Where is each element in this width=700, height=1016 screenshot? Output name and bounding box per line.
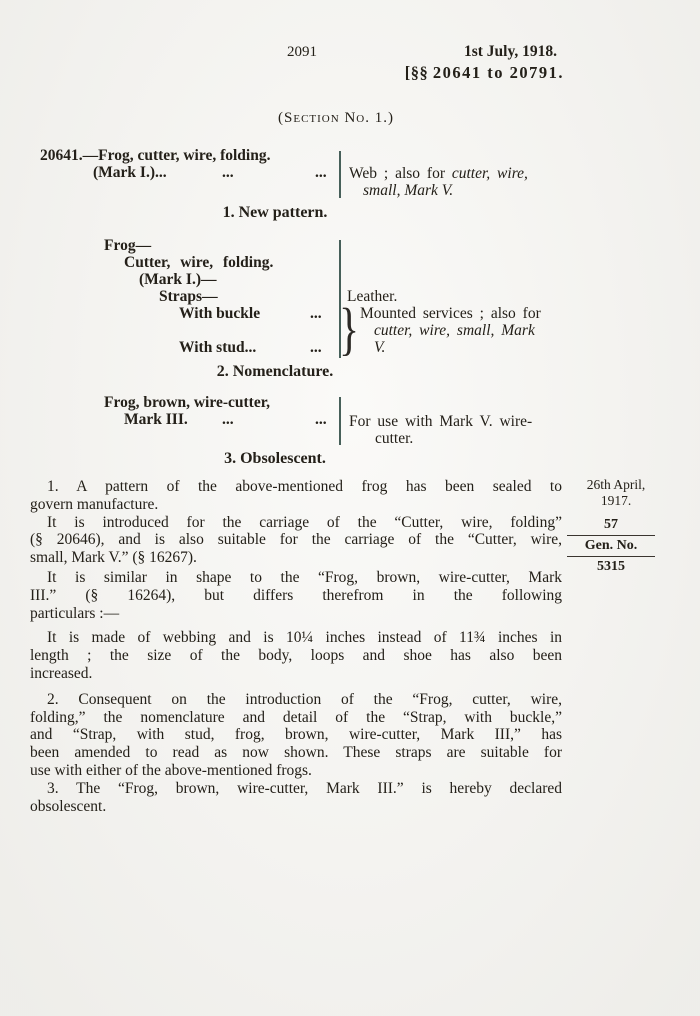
para-line: 1. A pattern of the above-mentioned frog…	[30, 478, 562, 496]
entry2-desc-line2: cutter.	[375, 430, 413, 447]
leader-dots: ...	[222, 164, 234, 181]
leader-dots: ...	[310, 305, 322, 322]
para-line: It is introduced for the carriage of the…	[30, 514, 562, 532]
entry1-desc-line2: small, Mark V.	[363, 182, 453, 199]
gen-no-label: Gen. No.	[567, 538, 655, 557]
section-heading: (Section No. 1.)	[0, 110, 672, 127]
para-line: small, Mark V.” (§ 16267).	[30, 549, 562, 567]
margin-note-sealed-date: 26th April, 1917.	[565, 477, 667, 508]
para-line: folding,” the nomenclature and detail of…	[30, 709, 562, 727]
document-page: 2091 1st July, 1918. [§§ 20641 to 20791.…	[0, 0, 700, 1016]
margin-note-line: 26th April,	[565, 477, 667, 493]
heading-nomenclature: 2. Nomenclature.	[30, 363, 520, 381]
paragraph-1: 1. A pattern of the above-mentioned frog…	[30, 478, 562, 514]
brace-desc-line3: V.	[374, 339, 385, 356]
gen-no-value: 5315	[567, 559, 655, 575]
column-divider-rule	[339, 151, 341, 198]
para-line: been amended to read as now shown. These…	[30, 744, 562, 762]
right-brace-glyph: }	[339, 301, 359, 356]
para-line: use with either of the above-mentioned f…	[30, 762, 562, 780]
entry2-title-line2: Mark III.	[124, 411, 188, 428]
body-text: 1. A pattern of the above-mentioned frog…	[30, 478, 562, 815]
paragraph-3: It is similar in shape to the “Frog, bro…	[30, 569, 562, 622]
brace-desc-line1: Mounted services ; also for	[360, 305, 541, 322]
gen-no-list-number: 57	[567, 517, 655, 536]
section-range-prefix: [§§	[405, 63, 433, 82]
frog-item: Cutter, wire, folding.	[124, 254, 273, 271]
entry2-desc-line1: For use with Mark V. wire-	[349, 413, 532, 430]
leader-dots: ...	[315, 411, 327, 428]
margin-note-gen-no: 57 Gen. No. 5315	[567, 517, 655, 575]
with-stud: With stud...	[179, 339, 256, 356]
entry1-desc-italic: cutter, wire,	[452, 165, 528, 182]
leader-dots: ...	[315, 164, 327, 181]
para-line: particulars :—	[30, 605, 562, 623]
heading-obsolescent: 3. Obsolescent.	[30, 450, 520, 468]
page-number: 2091	[287, 44, 317, 61]
section-range-line: [§§ 20641 to 20791.	[405, 63, 564, 83]
leader-dots: ...	[222, 411, 234, 428]
entry1-title: 20641.—Frog, cutter, wire, folding.	[40, 147, 270, 164]
paragraph-5: 2. Consequent on the introduction of the…	[30, 691, 562, 780]
para-line: It is made of webbing and is 10¼ inches …	[30, 629, 562, 647]
paragraph-6: 3. The “Frog, brown, wire-cutter, Mark I…	[30, 780, 562, 816]
frog-mark: (Mark I.)—	[139, 271, 217, 288]
para-line: III.” (§ 16264), but differs therefrom i…	[30, 587, 562, 605]
brace-desc-line2: cutter, wire, small, Mark	[374, 322, 535, 339]
entry1-desc-line1: Web ; also for cutter, wire,	[349, 165, 528, 182]
entry2-title-line1: Frog, brown, wire-cutter,	[104, 394, 270, 411]
frog-root: Frog—	[104, 237, 151, 254]
paragraph-2: It is introduced for the carriage of the…	[30, 514, 562, 567]
para-line: 2. Consequent on the introduction of the…	[30, 691, 562, 709]
para-line: 3. The “Frog, brown, wire-cutter, Mark I…	[30, 780, 562, 798]
section-range: 20641 to 20791.	[433, 63, 564, 82]
para-line: govern manufacture.	[30, 496, 562, 514]
para-line: increased.	[30, 665, 562, 683]
para-line: obsolescent.	[30, 798, 562, 816]
leader-dots: ...	[310, 339, 322, 356]
margin-note-line: 1917.	[565, 493, 667, 509]
entry1-desc-roman: Web ; also for	[349, 165, 452, 182]
paragraph-4: It is made of webbing and is 10¼ inches …	[30, 629, 562, 682]
page-date: 1st July, 1918.	[464, 43, 557, 61]
entry1-mark-line: (Mark I.)...	[93, 164, 167, 181]
para-line: It is similar in shape to the “Frog, bro…	[30, 569, 562, 587]
heading-new-pattern: 1. New pattern.	[30, 204, 520, 222]
with-buckle: With buckle	[179, 305, 260, 322]
para-line: (§ 20646), and is also suitable for the …	[30, 531, 562, 549]
para-line: length ; the size of the body, loops and…	[30, 647, 562, 665]
frog-straps: Straps—	[159, 288, 218, 305]
para-line: and “Strap, with stud, frog, brown, wire…	[30, 726, 562, 744]
column-divider-rule	[339, 397, 341, 445]
